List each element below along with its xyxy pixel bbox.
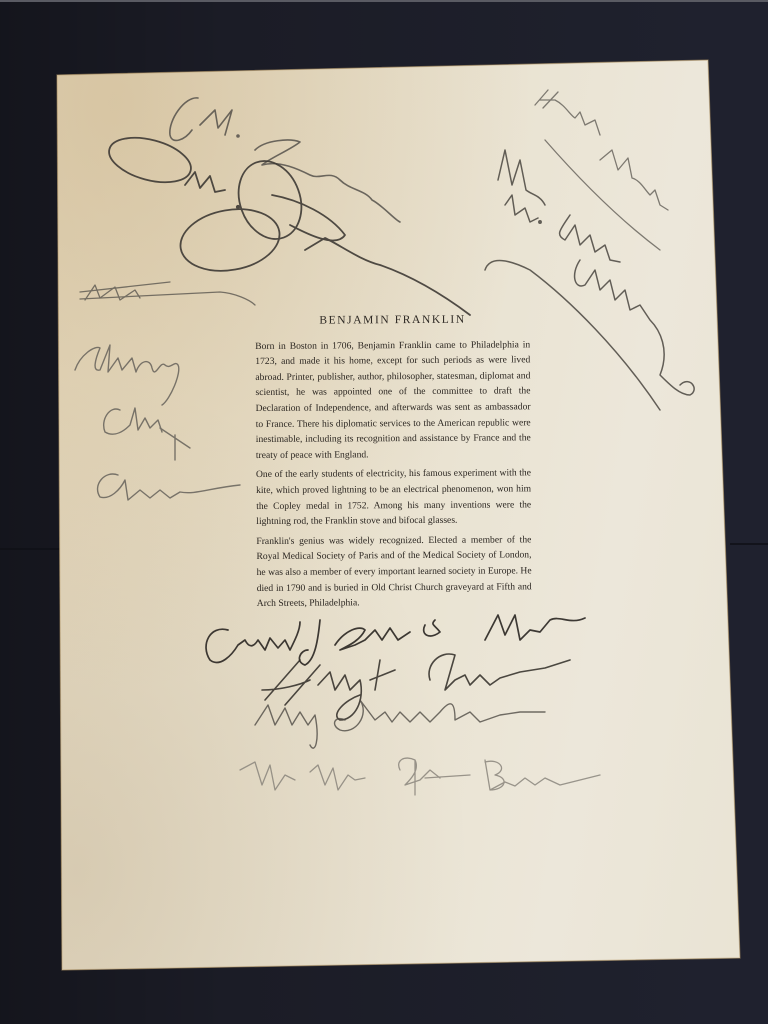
- signature-text-mary-dominska: Mary Dominska: [250, 705, 426, 730]
- signature-text-crossed-out: (crossed out): [80, 282, 186, 301]
- signature-text-mr-mrs-peter-burke: Mr Mrs Peter Burke: [240, 760, 465, 785]
- signature-text-always-chas-laura: Always Chas + Laura: [72, 350, 311, 375]
